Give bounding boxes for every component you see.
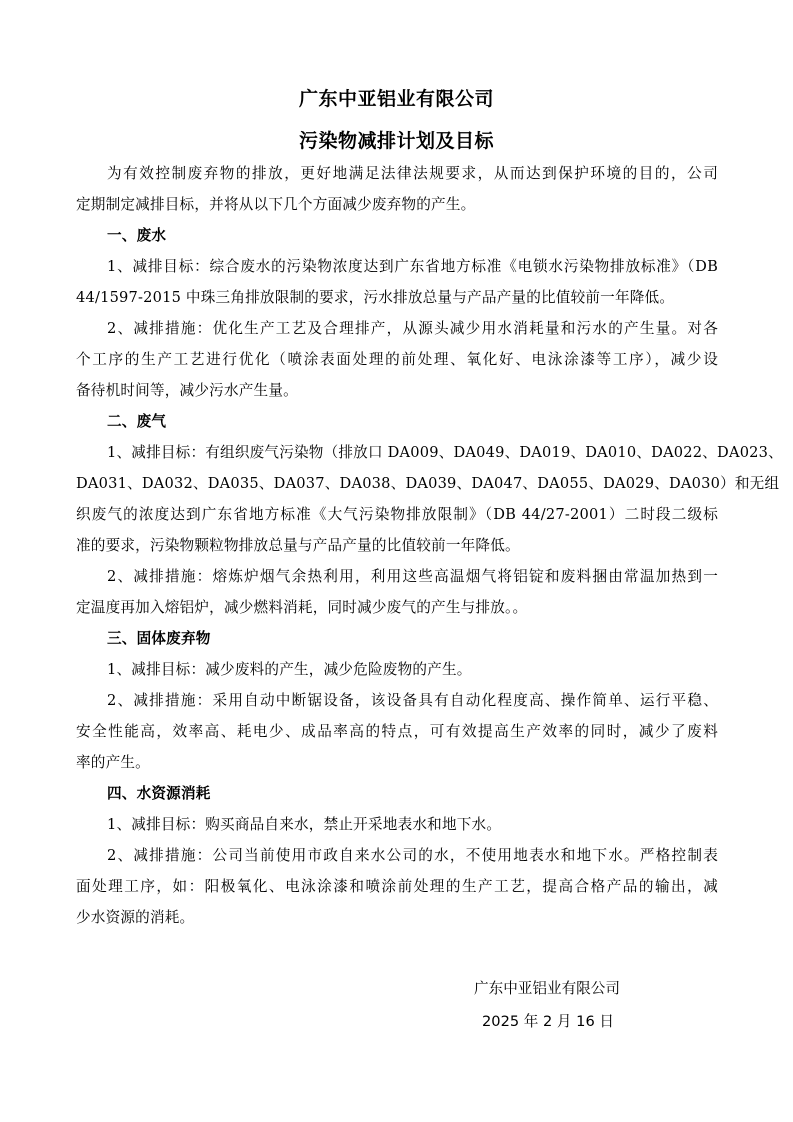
text-line: 44/1597-2015 中珠三角排放限制的要求，污水排放总量与产品产量的比值较… [76, 282, 718, 313]
text-line: 2、减排措施：熔炼炉烟气余热利用，利用这些高温烟气将铝锭和废料捆由常温加热到一 [76, 561, 718, 592]
section-heading: 二、废气 [76, 406, 718, 437]
text-line: 织废气的浓度达到广东省地方标准《大气污染物排放限制》（DB 44/27-2001… [76, 499, 718, 530]
section-water-resources: 四、水资源消耗 1、减排目标：购买商品自来水，禁止开采地表水和地下水。 2、减排… [76, 778, 718, 933]
text-line: 准的要求，污染物颗粒物排放总量与产品产量的比值较前一年降低。 [76, 530, 718, 561]
text-line: 1、减排目标：购买商品自来水，禁止开采地表水和地下水。 [76, 809, 718, 840]
text-line: DA031、DA032、DA035、DA037、DA038、DA039、DA04… [76, 468, 718, 499]
text-line: 备待机时间等，减少污水产生量。 [76, 375, 718, 406]
text-line: 定期制定减排目标，并将从以下几个方面减少废弃物的产生。 [76, 189, 718, 220]
text-line: 率的产生。 [76, 747, 718, 778]
text-line: 少水资源的消耗。 [76, 902, 718, 933]
section-heading: 四、水资源消耗 [76, 778, 718, 809]
text-line: 1、减排目标：减少废料的产生，减少危险废物的产生。 [76, 654, 718, 685]
text-line: 定温度再加入熔铝炉，减少燃料消耗，同时减少废气的产生与排放。。 [76, 592, 718, 623]
text-line: 2、减排措施：优化生产工艺及合理排产，从源头减少用水消耗量和污水的产生量。对各 [76, 313, 718, 344]
section-heading: 一、废水 [76, 220, 718, 251]
text-line: 1、减排目标：有组织废气污染物（排放口 DA009、DA049、DA019、DA… [76, 437, 718, 468]
intro-paragraph: 为有效控制废弃物的排放，更好地满足法律法规要求，从而达到保护环境的目的，公司 定… [76, 158, 718, 220]
section-wastewater: 一、废水 1、减排目标：综合废水的污染物浓度达到广东省地方标准《电锁水污染物排放… [76, 220, 718, 406]
text-line: 安全性能高，效率高、耗电少、成品率高的特点，可有效提高生产效率的同时，减少了废料 [76, 716, 718, 747]
document-title: 污染物减排计划及目标 [0, 126, 793, 153]
signature-company: 广东中亚铝业有限公司 [474, 972, 620, 1005]
signature-block: 广东中亚铝业有限公司 2025 年 2 月 16 日 [474, 972, 620, 1038]
text-line: 面处理工序，如：阳极氧化、电泳涂漆和喷涂前处理的生产工艺，提高合格产品的输出，减 [76, 871, 718, 902]
text-line: 个工序的生产工艺进行优化（喷涂表面处理的前处理、氧化好、电泳涂漆等工序），减少设 [76, 344, 718, 375]
text-line: 1、减排目标：综合废水的污染物浓度达到广东省地方标准《电锁水污染物排放标准》（D… [76, 251, 718, 282]
section-heading: 三、固体废弃物 [76, 623, 718, 654]
document-page: 广东中亚铝业有限公司 污染物减排计划及目标 为有效控制废弃物的排放，更好地满足法… [0, 0, 793, 1122]
text-line: 2、减排措施：采用自动中断锯设备，该设备具有自动化程度高、操作简单、运行平稳、 [76, 685, 718, 716]
text-line: 为有效控制废弃物的排放，更好地满足法律法规要求，从而达到保护环境的目的，公司 [76, 158, 718, 189]
signature-date: 2025 年 2 月 16 日 [474, 1005, 620, 1038]
company-title: 广东中亚铝业有限公司 [0, 84, 793, 111]
section-solid-waste: 三、固体废弃物 1、减排目标：减少废料的产生，减少危险废物的产生。 2、减排措施… [76, 623, 718, 778]
text-line: 2、减排措施：公司当前使用市政自来水公司的水，不使用地表水和地下水。严格控制表 [76, 840, 718, 871]
document-body: 为有效控制废弃物的排放，更好地满足法律法规要求，从而达到保护环境的目的，公司 定… [76, 158, 718, 933]
section-waste-gas: 二、废气 1、减排目标：有组织废气污染物（排放口 DA009、DA049、DA0… [76, 406, 718, 623]
